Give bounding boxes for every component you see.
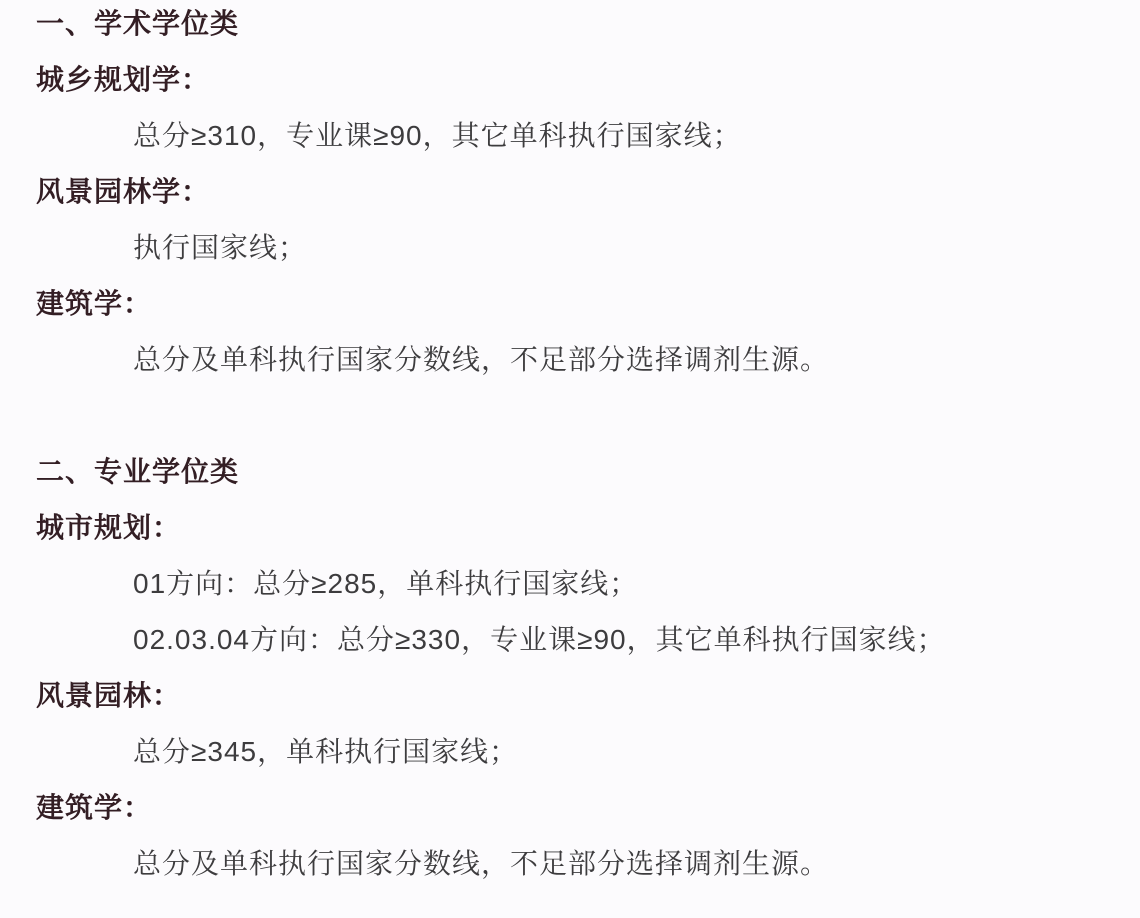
section-title: 一、学术学位类	[36, 9, 1120, 38]
major-name-landscape-architecture-professional: 风景园林：	[36, 681, 1120, 710]
section-professional-degrees: 二、专业学位类 城市规划： 01方向：总分≥285，单科执行国家线； 02.03…	[36, 457, 1120, 878]
score-requirement-direction-01: 01方向：总分≥285，单科执行国家线；	[133, 569, 1120, 598]
score-requirement-direction-02-03-04: 02.03.04方向：总分≥330，专业课≥90，其它单科执行国家线；	[133, 625, 1120, 654]
section-title: 二、专业学位类	[36, 457, 1120, 486]
document-page: 一、学术学位类 城乡规划学： 总分≥310，专业课≥90，其它单科执行国家线； …	[0, 0, 1140, 918]
major-name-landscape-architecture-academic: 风景园林学：	[36, 177, 1120, 206]
score-requirement: 执行国家线；	[133, 233, 1120, 262]
score-requirement: 总分及单科执行国家分数线，不足部分选择调剂生源。	[133, 345, 1120, 374]
section-academic-degrees: 一、学术学位类 城乡规划学： 总分≥310，专业课≥90，其它单科执行国家线； …	[36, 9, 1120, 374]
major-name-architecture-professional: 建筑学：	[36, 793, 1120, 822]
score-requirement: 总分及单科执行国家分数线，不足部分选择调剂生源。	[133, 849, 1120, 878]
major-name-urban-rural-planning: 城乡规划学：	[36, 65, 1120, 94]
score-requirement: 总分≥310，专业课≥90，其它单科执行国家线；	[133, 121, 1120, 150]
score-requirement: 总分≥345，单科执行国家线；	[133, 737, 1120, 766]
major-name-urban-planning: 城市规划：	[36, 513, 1120, 542]
major-name-architecture-academic: 建筑学：	[36, 289, 1120, 318]
